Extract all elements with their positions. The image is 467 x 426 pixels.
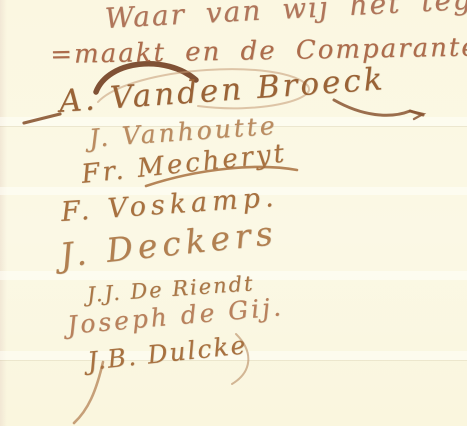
manuscript-line-1: Waar van wij het tegens [104, 0, 467, 35]
signature1-tail-hook [410, 111, 423, 119]
dash-stroke [24, 114, 60, 123]
signature-dulcke: J.B. Dulcke [86, 330, 249, 376]
signature-vanden-broeck: A. Vanden Broeck [58, 61, 387, 120]
manuscript-page: Waar van wij het tegens =maakt en de Com… [0, 0, 467, 426]
manuscript-line-2: =maakt en de Comparanten [50, 32, 467, 70]
signature1-tail [334, 100, 423, 115]
